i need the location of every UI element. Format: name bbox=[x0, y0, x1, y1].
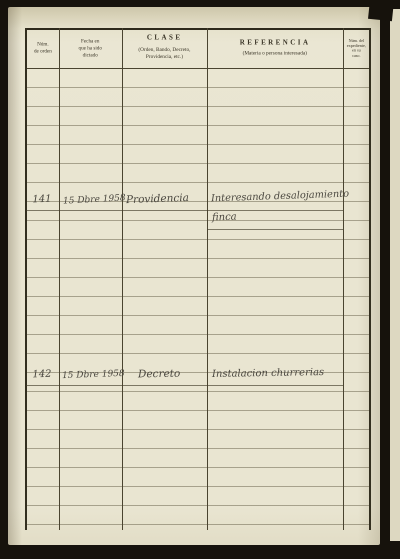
ruled-line bbox=[207, 229, 343, 230]
register-table: Núm. de orden Fecha en que ha sido dicta… bbox=[25, 28, 371, 530]
entry-141-clase: Providencia bbox=[126, 192, 189, 206]
page-corner-shadow bbox=[368, 0, 394, 21]
ruled-line bbox=[26, 210, 343, 211]
entry-142-date: 15 Dbre 1958 bbox=[62, 369, 125, 381]
entry-141-referencia-line1: Interesando desalojamiento bbox=[211, 189, 349, 205]
adjacent-page-edge bbox=[390, 9, 400, 541]
entry-141-num: 141 bbox=[25, 193, 59, 205]
entry-142-referencia-line1: Instalacion churrerias bbox=[212, 367, 324, 380]
scan-background-bottom bbox=[0, 545, 400, 559]
ruled-line bbox=[26, 385, 343, 386]
entry-141-referencia-line2: finca bbox=[212, 212, 237, 224]
entry-141-date: 15 Dbre 1958 bbox=[63, 193, 126, 206]
handwritten-entries: 141 15 Dbre 1958 Providencia Interesando… bbox=[25, 28, 371, 530]
scanned-register-page: Núm. de orden Fecha en que ha sido dicta… bbox=[0, 0, 400, 559]
entry-142-num: 142 bbox=[25, 368, 59, 380]
entry-142-clase: Decreto bbox=[138, 368, 180, 381]
